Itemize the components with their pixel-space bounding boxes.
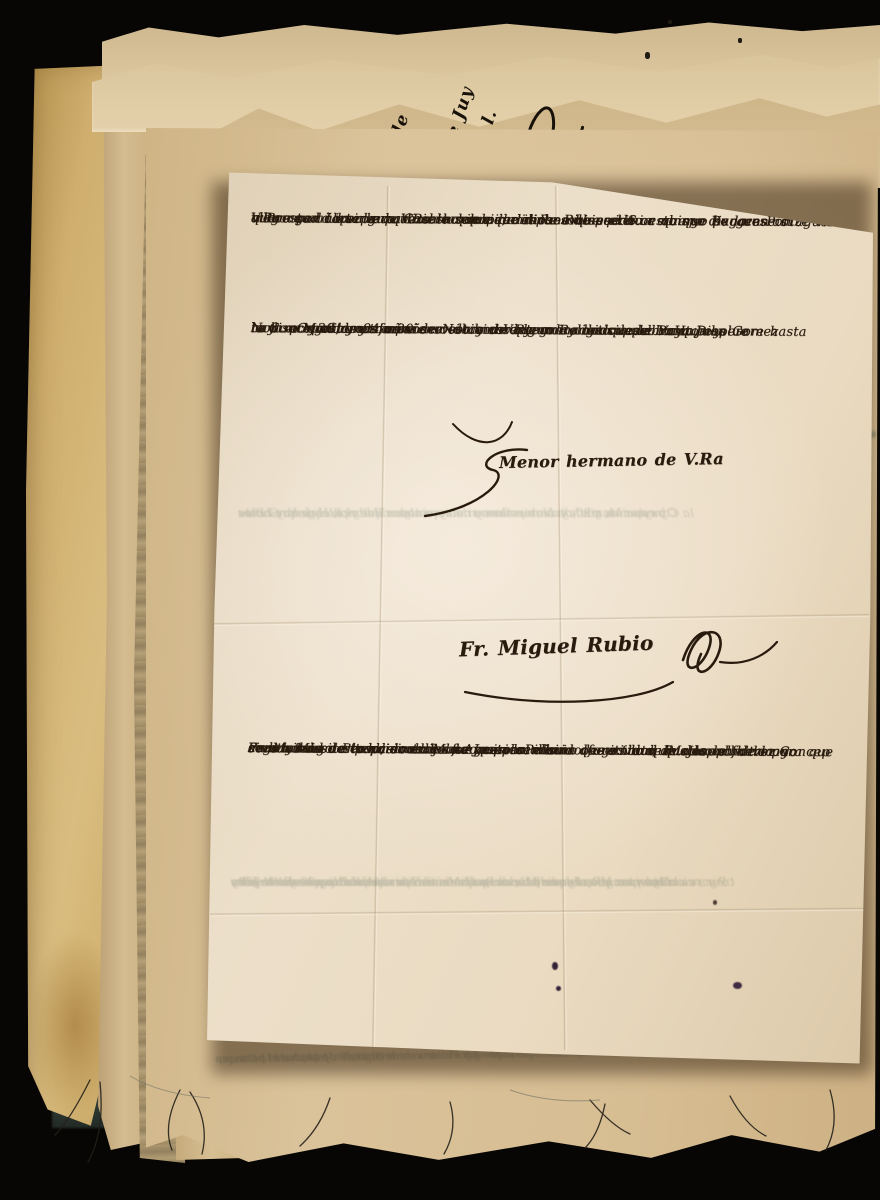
ink-speck [738,38,742,43]
letter-line: a esta Mission para acabar una vez con e… [248,738,562,762]
signature-rubric [665,620,785,710]
letter-line: Nob.re a 20 de 94 años [251,318,417,341]
ink-spot [713,900,717,905]
ghost-text-lower: Por sua carta vera V.Ra lo que pide al P… [231,870,856,1045]
letter-line: V.Ra aga lo que le pareziere sobre la li… [251,208,636,232]
signature: Fr. Miguel Rubio [459,633,654,661]
ink-spot [552,962,558,970]
ghost-line: Nob.re a 20 de 94 años [231,870,373,895]
manuscript-photo: de de Juy de l. Por sua carta vera V.Ra … [0,0,880,1200]
frayed-threads [30,1020,878,1190]
ink-spot [556,986,561,991]
letter-sheet: Oy estamos a 20 de Nobiembre y no ay not… [203,168,875,1068]
closing-flourish [415,444,535,524]
ink-speck [645,52,650,59]
ink-speck [668,20,672,24]
ink-spot [733,982,742,989]
ghost-text-mid: Oy estamos a 20 de Nobiembre y no ay not… [238,500,838,620]
